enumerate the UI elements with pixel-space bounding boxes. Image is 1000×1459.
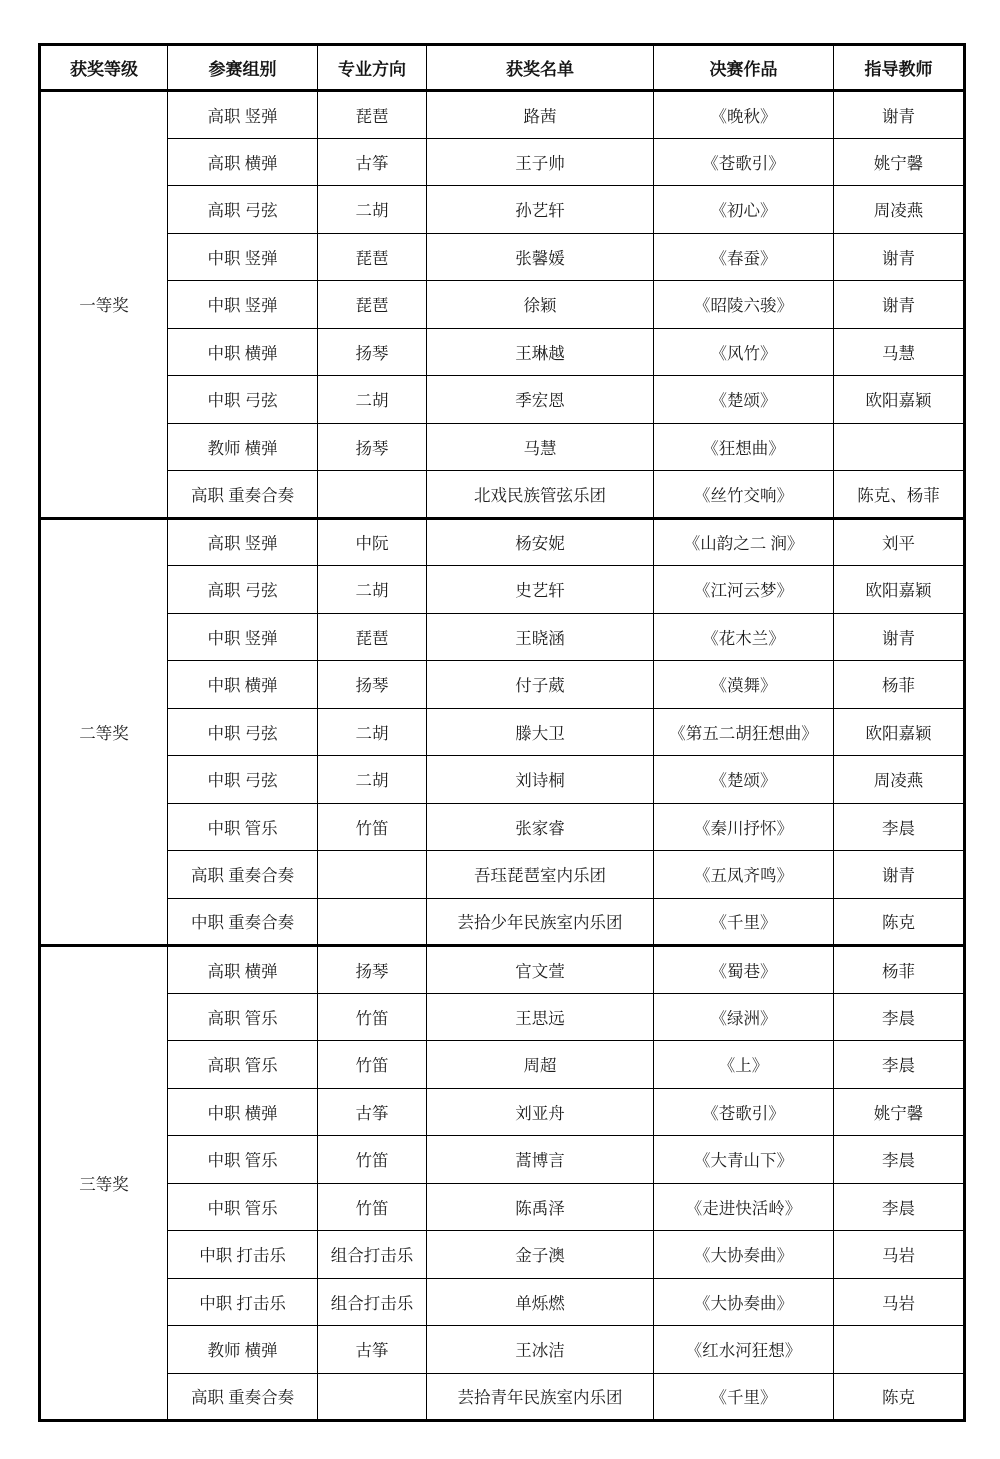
table-row: 中职 弓弦二胡季宏恩《楚颂》欧阳嘉颖	[40, 376, 965, 424]
major-direction-cell: 琵琶	[318, 613, 427, 661]
contest-group-cell: 中职 弓弦	[168, 756, 318, 804]
major-direction-cell: 竹笛	[318, 1183, 427, 1231]
winner-name-cell: 季宏恩	[427, 376, 654, 424]
winner-name-cell: 徐颖	[427, 281, 654, 329]
table-row: 高职 弓弦二胡孙艺轩《初心》周凌燕	[40, 186, 965, 234]
final-work-cell: 《晚秋》	[654, 91, 834, 139]
table-row: 高职 管乐竹笛王思远《绿洲》李晨	[40, 993, 965, 1041]
table-row: 中职 竖弹琵琶张馨媛《春蚕》谢青	[40, 233, 965, 281]
major-direction-cell	[318, 471, 427, 519]
major-direction-cell: 古筝	[318, 138, 427, 186]
final-work-cell: 《苍歌引》	[654, 138, 834, 186]
final-work-cell: 《初心》	[654, 186, 834, 234]
contest-group-cell: 中职 弓弦	[168, 708, 318, 756]
final-work-cell: 《绿洲》	[654, 993, 834, 1041]
advisor-teacher-cell: 姚宁馨	[834, 1088, 965, 1136]
table-row: 教师 横弹扬琴马慧《狂想曲》	[40, 423, 965, 471]
final-work-cell: 《狂想曲》	[654, 423, 834, 471]
final-work-cell: 《春蚕》	[654, 233, 834, 281]
contest-group-cell: 教师 横弹	[168, 423, 318, 471]
major-direction-cell	[318, 898, 427, 946]
final-work-cell: 《楚颂》	[654, 756, 834, 804]
contest-group-cell: 中职 打击乐	[168, 1231, 318, 1279]
winner-name-cell: 蒿博言	[427, 1136, 654, 1184]
table-row: 中职 管乐竹笛蒿博言《大青山下》李晨	[40, 1136, 965, 1184]
table-row: 高职 重奏合奏北戏民族管弦乐团《丝竹交响》陈克、杨菲	[40, 471, 965, 519]
major-direction-cell: 古筝	[318, 1088, 427, 1136]
advisor-teacher-cell: 谢青	[834, 851, 965, 899]
winner-name-cell: 单烁燃	[427, 1278, 654, 1326]
final-work-cell: 《大协奏曲》	[654, 1278, 834, 1326]
major-direction-cell: 扬琴	[318, 423, 427, 471]
contest-group-cell: 高职 重奏合奏	[168, 1373, 318, 1421]
final-work-cell: 《红水河狂想》	[654, 1326, 834, 1374]
header-row: 获奖等级参赛组别专业方向获奖名单决赛作品指导教师	[40, 45, 965, 91]
major-direction-cell: 扬琴	[318, 661, 427, 709]
table-row: 高职 管乐竹笛周超《上》李晨	[40, 1041, 965, 1089]
table-row: 中职 横弹古筝刘亚舟《苍歌引》姚宁馨	[40, 1088, 965, 1136]
table-row: 中职 竖弹琵琶徐颖《昭陵六骏》谢青	[40, 281, 965, 329]
table-row: 高职 重奏合奏吾珏琵琶室内乐团《五凤齐鸣》谢青	[40, 851, 965, 899]
contest-group-cell: 中职 弓弦	[168, 376, 318, 424]
contest-group-cell: 高职 弓弦	[168, 566, 318, 614]
winner-name-cell: 杨安妮	[427, 518, 654, 566]
table-row: 中职 弓弦二胡滕大卫《第五二胡狂想曲》欧阳嘉颖	[40, 708, 965, 756]
contest-group-cell: 中职 管乐	[168, 803, 318, 851]
major-direction-cell: 二胡	[318, 566, 427, 614]
table-row: 中职 弓弦二胡刘诗桐《楚颂》周凌燕	[40, 756, 965, 804]
final-work-cell: 《风竹》	[654, 328, 834, 376]
winner-name-cell: 孙艺轩	[427, 186, 654, 234]
advisor-teacher-cell: 李晨	[834, 803, 965, 851]
advisor-teacher-cell: 姚宁馨	[834, 138, 965, 186]
header-cell-major-direction: 专业方向	[318, 45, 427, 91]
table-row: 二等奖高职 竖弹中阮杨安妮《山韵之二 涧》刘平	[40, 518, 965, 566]
table-row: 中职 横弹扬琴王琳越《风竹》马慧	[40, 328, 965, 376]
winner-name-cell: 官文萱	[427, 946, 654, 994]
advisor-teacher-cell: 谢青	[834, 91, 965, 139]
major-direction-cell: 二胡	[318, 376, 427, 424]
header-cell-final-work: 决赛作品	[654, 45, 834, 91]
winner-name-cell: 王思远	[427, 993, 654, 1041]
winner-name-cell: 路茜	[427, 91, 654, 139]
contest-group-cell: 中职 横弹	[168, 328, 318, 376]
contest-group-cell: 中职 管乐	[168, 1183, 318, 1231]
major-direction-cell	[318, 1373, 427, 1421]
contest-group-cell: 高职 弓弦	[168, 186, 318, 234]
winner-name-cell: 王冰洁	[427, 1326, 654, 1374]
contest-group-cell: 中职 打击乐	[168, 1278, 318, 1326]
table-row: 中职 打击乐组合打击乐单烁燃《大协奏曲》马岩	[40, 1278, 965, 1326]
advisor-teacher-cell	[834, 1326, 965, 1374]
final-work-cell: 《大青山下》	[654, 1136, 834, 1184]
final-work-cell: 《漠舞》	[654, 661, 834, 709]
winner-name-cell: 刘诗桐	[427, 756, 654, 804]
contest-group-cell: 高职 竖弹	[168, 518, 318, 566]
winner-name-cell: 滕大卫	[427, 708, 654, 756]
advisor-teacher-cell: 马岩	[834, 1231, 965, 1279]
contest-group-cell: 教师 横弹	[168, 1326, 318, 1374]
header-cell-contest-group: 参赛组别	[168, 45, 318, 91]
final-work-cell: 《山韵之二 涧》	[654, 518, 834, 566]
major-direction-cell: 竹笛	[318, 993, 427, 1041]
winner-name-cell: 吾珏琵琶室内乐团	[427, 851, 654, 899]
final-work-cell: 《千里》	[654, 1373, 834, 1421]
advisor-teacher-cell: 欧阳嘉颖	[834, 708, 965, 756]
winner-name-cell: 马慧	[427, 423, 654, 471]
contest-group-cell: 中职 横弹	[168, 661, 318, 709]
advisor-teacher-cell: 李晨	[834, 1136, 965, 1184]
award-level-cell: 一等奖	[40, 91, 168, 519]
contest-group-cell: 高职 重奏合奏	[168, 851, 318, 899]
table-row: 中职 重奏合奏芸拾少年民族室内乐团《千里》陈克	[40, 898, 965, 946]
major-direction-cell: 二胡	[318, 708, 427, 756]
major-direction-cell: 中阮	[318, 518, 427, 566]
table-row: 中职 打击乐组合打击乐金子澳《大协奏曲》马岩	[40, 1231, 965, 1279]
table-row: 高职 重奏合奏芸拾青年民族室内乐团《千里》陈克	[40, 1373, 965, 1421]
major-direction-cell: 竹笛	[318, 1136, 427, 1184]
winner-name-cell: 张家睿	[427, 803, 654, 851]
final-work-cell: 《上》	[654, 1041, 834, 1089]
final-work-cell: 《走进快活岭》	[654, 1183, 834, 1231]
contest-group-cell: 高职 管乐	[168, 993, 318, 1041]
major-direction-cell	[318, 851, 427, 899]
advisor-teacher-cell: 李晨	[834, 1183, 965, 1231]
major-direction-cell: 琵琶	[318, 233, 427, 281]
table-row: 中职 管乐竹笛陈禹泽《走进快活岭》李晨	[40, 1183, 965, 1231]
contest-group-cell: 高职 竖弹	[168, 91, 318, 139]
awards-table: 获奖等级参赛组别专业方向获奖名单决赛作品指导教师 一等奖高职 竖弹琵琶路茜《晚秋…	[38, 43, 966, 1422]
contest-group-cell: 中职 横弹	[168, 1088, 318, 1136]
winner-name-cell: 张馨媛	[427, 233, 654, 281]
winner-name-cell: 金子澳	[427, 1231, 654, 1279]
table-row: 中职 竖弹琵琶王晓涵《花木兰》谢青	[40, 613, 965, 661]
winner-name-cell: 王琳越	[427, 328, 654, 376]
final-work-cell: 《江河云梦》	[654, 566, 834, 614]
final-work-cell: 《花木兰》	[654, 613, 834, 661]
advisor-teacher-cell: 杨菲	[834, 661, 965, 709]
contest-group-cell: 中职 管乐	[168, 1136, 318, 1184]
advisor-teacher-cell: 周凌燕	[834, 756, 965, 804]
header-cell-advisor-teacher: 指导教师	[834, 45, 965, 91]
advisor-teacher-cell: 李晨	[834, 993, 965, 1041]
final-work-cell: 《丝竹交响》	[654, 471, 834, 519]
contest-group-cell: 中职 竖弹	[168, 233, 318, 281]
award-level-cell: 二等奖	[40, 518, 168, 946]
advisor-teacher-cell: 马岩	[834, 1278, 965, 1326]
final-work-cell: 《楚颂》	[654, 376, 834, 424]
advisor-teacher-cell: 谢青	[834, 233, 965, 281]
advisor-teacher-cell: 欧阳嘉颖	[834, 566, 965, 614]
advisor-teacher-cell: 陈克、杨菲	[834, 471, 965, 519]
header-cell-winner-name: 获奖名单	[427, 45, 654, 91]
final-work-cell: 《蜀巷》	[654, 946, 834, 994]
table-row: 中职 管乐竹笛张家睿《秦川抒怀》李晨	[40, 803, 965, 851]
major-direction-cell: 二胡	[318, 186, 427, 234]
advisor-teacher-cell	[834, 423, 965, 471]
advisor-teacher-cell: 欧阳嘉颖	[834, 376, 965, 424]
winner-name-cell: 陈禹泽	[427, 1183, 654, 1231]
final-work-cell: 《秦川抒怀》	[654, 803, 834, 851]
contest-group-cell: 中职 竖弹	[168, 281, 318, 329]
contest-group-cell: 高职 横弹	[168, 946, 318, 994]
award-level-cell: 三等奖	[40, 946, 168, 1421]
winner-name-cell: 芸拾青年民族室内乐团	[427, 1373, 654, 1421]
major-direction-cell: 组合打击乐	[318, 1278, 427, 1326]
winner-name-cell: 周超	[427, 1041, 654, 1089]
table-row: 高职 横弹古筝王子帅《苍歌引》姚宁馨	[40, 138, 965, 186]
advisor-teacher-cell: 谢青	[834, 281, 965, 329]
contest-group-cell: 高职 管乐	[168, 1041, 318, 1089]
major-direction-cell: 扬琴	[318, 328, 427, 376]
contest-group-cell: 中职 竖弹	[168, 613, 318, 661]
advisor-teacher-cell: 马慧	[834, 328, 965, 376]
advisor-teacher-cell: 陈克	[834, 898, 965, 946]
winner-name-cell: 王晓涵	[427, 613, 654, 661]
contest-group-cell: 高职 重奏合奏	[168, 471, 318, 519]
document-page: 获奖等级参赛组别专业方向获奖名单决赛作品指导教师 一等奖高职 竖弹琵琶路茜《晚秋…	[0, 0, 1000, 1459]
final-work-cell: 《昭陵六骏》	[654, 281, 834, 329]
advisor-teacher-cell: 陈克	[834, 1373, 965, 1421]
winner-name-cell: 付子葳	[427, 661, 654, 709]
major-direction-cell: 扬琴	[318, 946, 427, 994]
major-direction-cell: 二胡	[318, 756, 427, 804]
table-row: 中职 横弹扬琴付子葳《漠舞》杨菲	[40, 661, 965, 709]
final-work-cell: 《苍歌引》	[654, 1088, 834, 1136]
table-row: 一等奖高职 竖弹琵琶路茜《晚秋》谢青	[40, 91, 965, 139]
table-row: 高职 弓弦二胡史艺轩《江河云梦》欧阳嘉颖	[40, 566, 965, 614]
advisor-teacher-cell: 周凌燕	[834, 186, 965, 234]
major-direction-cell: 组合打击乐	[318, 1231, 427, 1279]
contest-group-cell: 中职 重奏合奏	[168, 898, 318, 946]
major-direction-cell: 琵琶	[318, 281, 427, 329]
major-direction-cell: 竹笛	[318, 803, 427, 851]
final-work-cell: 《千里》	[654, 898, 834, 946]
advisor-teacher-cell: 杨菲	[834, 946, 965, 994]
final-work-cell: 《第五二胡狂想曲》	[654, 708, 834, 756]
major-direction-cell: 竹笛	[318, 1041, 427, 1089]
winner-name-cell: 王子帅	[427, 138, 654, 186]
winner-name-cell: 史艺轩	[427, 566, 654, 614]
major-direction-cell: 古筝	[318, 1326, 427, 1374]
advisor-teacher-cell: 谢青	[834, 613, 965, 661]
winner-name-cell: 芸拾少年民族室内乐团	[427, 898, 654, 946]
final-work-cell: 《五凤齐鸣》	[654, 851, 834, 899]
major-direction-cell: 琵琶	[318, 91, 427, 139]
table-row: 教师 横弹古筝王冰洁《红水河狂想》	[40, 1326, 965, 1374]
contest-group-cell: 高职 横弹	[168, 138, 318, 186]
header-cell-award-level: 获奖等级	[40, 45, 168, 91]
winner-name-cell: 刘亚舟	[427, 1088, 654, 1136]
winner-name-cell: 北戏民族管弦乐团	[427, 471, 654, 519]
final-work-cell: 《大协奏曲》	[654, 1231, 834, 1279]
advisor-teacher-cell: 李晨	[834, 1041, 965, 1089]
advisor-teacher-cell: 刘平	[834, 518, 965, 566]
table-row: 三等奖高职 横弹扬琴官文萱《蜀巷》杨菲	[40, 946, 965, 994]
